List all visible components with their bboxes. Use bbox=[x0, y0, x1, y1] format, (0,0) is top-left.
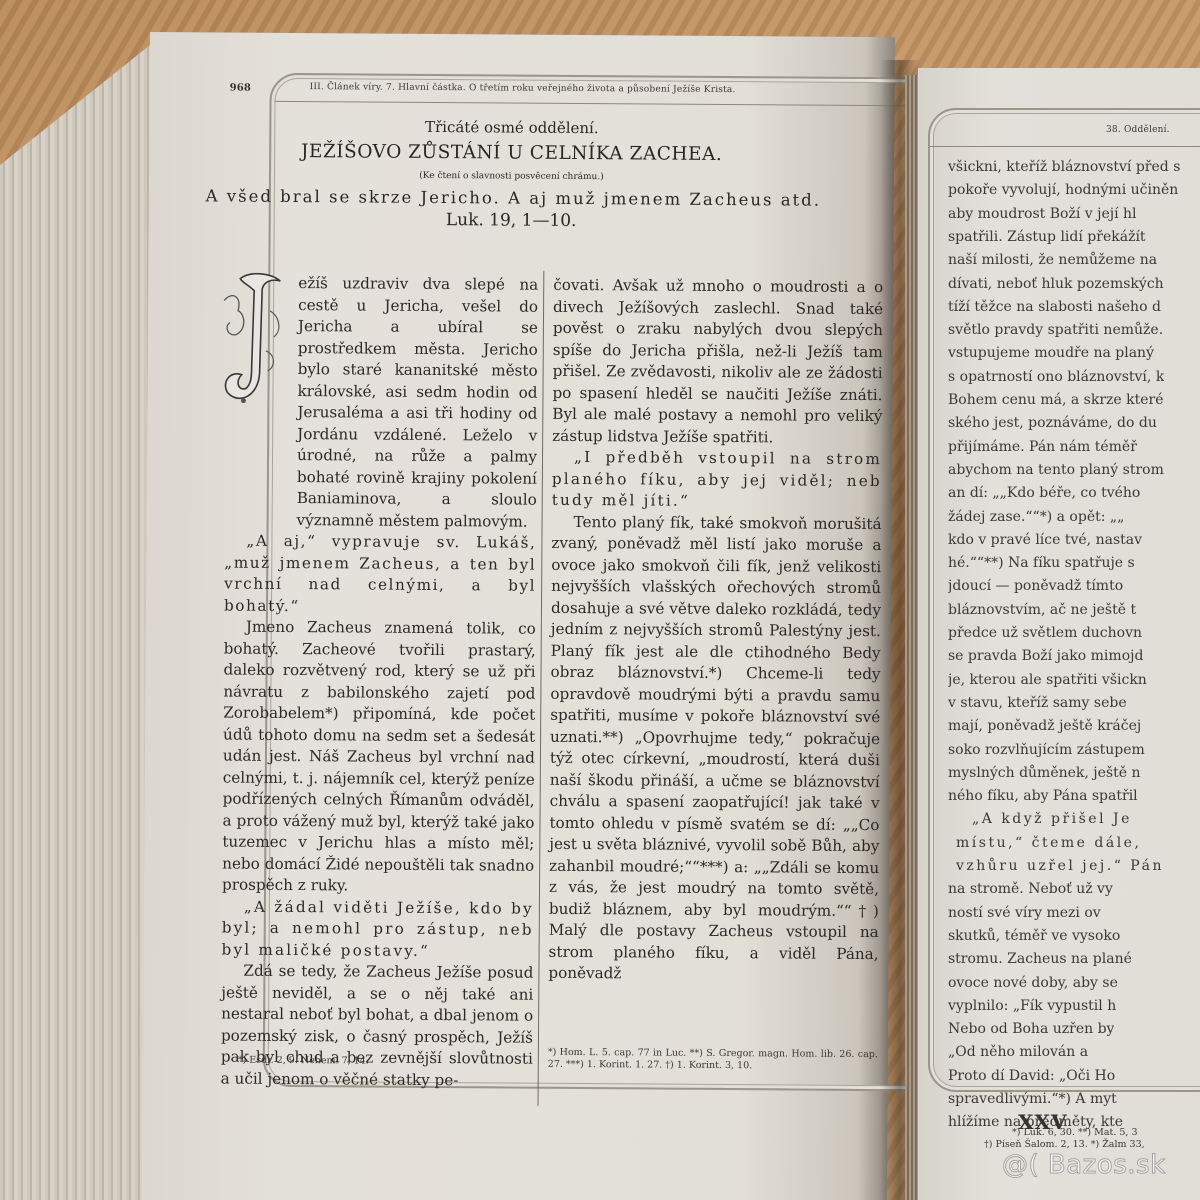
text-line: pokoře vyvolují, hodnými učiněn bbox=[948, 179, 1178, 202]
running-header: 38. Oddělení. bbox=[1106, 125, 1170, 135]
text-line: ovoce nové doby, aby se bbox=[948, 972, 1118, 995]
header-rule bbox=[930, 146, 1200, 147]
text-line: v stavu, kteříž samy sebe bbox=[948, 692, 1127, 715]
text-line: stromu. Zacheus na plané bbox=[948, 948, 1132, 971]
text-line: myslných důměnek, ještě n bbox=[948, 762, 1141, 785]
text-line: abychom na tento planý strom bbox=[948, 459, 1164, 482]
text-line: soko rozvlňujícím zástupem bbox=[948, 739, 1145, 762]
text-line: „A když přišel Je bbox=[972, 808, 1132, 831]
text-line: místu,“ čteme dále, bbox=[956, 832, 1141, 855]
text-line: Bohem cenu má, a skrze které bbox=[948, 389, 1164, 412]
paragraph-quote: „A aj,“ vypravuje sv. Lukáš, „muž jmenem… bbox=[224, 531, 537, 619]
text-line: Nebo od Boha uzřen by bbox=[948, 1018, 1114, 1041]
left-page: 968 III. Článek víry. 7. Hlavní částka. … bbox=[142, 32, 895, 1200]
text-line: vzhůru uzřel jej.“ Pán bbox=[956, 855, 1164, 878]
paragraph: čovati. Avšak už mnoho o moudrosti a o d… bbox=[552, 275, 883, 449]
section-label: Třicáté osmé oddělení. bbox=[139, 116, 884, 139]
text-line: ného fíku, aby Pána spatřil bbox=[948, 785, 1138, 808]
text-line: jdoucí — poněvadž tímto bbox=[948, 575, 1123, 598]
footnote-right-column: *) Hom. L. 5. cap. 77 in Luc. **) S. Gre… bbox=[548, 1047, 878, 1073]
text-line: žádej zase.““*) a opět: „„ bbox=[948, 506, 1124, 529]
text-line: je, kterou ale spatřiti všickn bbox=[948, 669, 1147, 692]
text-line: přijímáme. Pán nám téměř bbox=[948, 436, 1137, 459]
text-line: ského jest, poznáváme, do du bbox=[948, 412, 1157, 435]
text-line: předce už světlem duchovn bbox=[948, 622, 1142, 645]
text-line: aby moudrost Boží v její hl bbox=[948, 203, 1137, 226]
paragraph: Zdá se tedy, že Zacheus Ježíše posud ješ… bbox=[221, 961, 534, 1092]
right-page: 38. Oddělení. všickni, kteříž bláznovstv… bbox=[918, 68, 1200, 1200]
text-line: Proto dí David: „Oči Ho bbox=[948, 1065, 1115, 1088]
paragraph: Jmeno Zacheus znamená tolik, co bohatý. … bbox=[222, 617, 536, 899]
text-line: s opatrností ono bláznovství, k bbox=[948, 366, 1164, 389]
text-line: se pravda Boží jako mimojd bbox=[948, 645, 1143, 668]
text-line: an dí: „„Kdo béře, co tvého bbox=[948, 482, 1140, 505]
epigraph: A všed bral se skrze Jericho. A aj muž j… bbox=[141, 186, 886, 210]
text-line: skutků, téměř ve vysoko bbox=[948, 925, 1120, 948]
text-line: světlo pravdy spatřiti nemůže. bbox=[948, 319, 1163, 342]
footnote-left-column: *) Esdr. 2, 9. Nehem. 7, 14. bbox=[238, 1055, 369, 1068]
text-line: mají, poněvadž ještě kráčej bbox=[948, 715, 1141, 738]
bazos-watermark: @( Bazos.sk bbox=[1002, 1150, 1166, 1180]
text-line: „Od něho milován a bbox=[948, 1041, 1088, 1064]
text-line: všickni, kteříž bláznovství před s bbox=[948, 156, 1180, 179]
paragraph-quote: „I předběh vstoupil na strom planého fík… bbox=[552, 447, 882, 514]
paragraph-quote: „A žádal viděti Ježíše, kdo by byl; a ne… bbox=[222, 896, 534, 963]
text-column-left-body: ežíš uzdraviv dva slepé na cestě u Jeric… bbox=[221, 273, 539, 1092]
epigraph-reference: Luk. 19, 1—10. bbox=[139, 208, 884, 233]
page-number: 968 bbox=[230, 83, 252, 94]
signature-mark: XXV bbox=[1018, 1110, 1068, 1134]
text-line: na stromě. Neboť už vy bbox=[948, 878, 1113, 901]
text-line: spravedlivými.“*) A myt bbox=[948, 1088, 1117, 1111]
chapter-title: JEŽÍŠOVO ZŮSTÁNÍ U CELNÍKA ZACHEA. bbox=[139, 140, 884, 166]
text-line: vyplnilo: „Fík vypustil h bbox=[948, 995, 1116, 1018]
text-line: spatřili. Zástup lidí překážít bbox=[948, 226, 1146, 249]
text-line: dívati, neboť hluk pozemských bbox=[948, 273, 1164, 296]
text-line: ností své víry mezi ov bbox=[948, 902, 1101, 925]
text-line: kdo v pravé líce tvé, nastav bbox=[948, 529, 1142, 552]
text-line: tíží těžce na slabosti našeho d bbox=[948, 296, 1161, 319]
text-line: hé.““**) Na fíku spatřuje s bbox=[948, 552, 1135, 575]
text-column-right: čovati. Avšak už mnoho o moudrosti a o d… bbox=[548, 275, 883, 987]
paragraph: Tento planý fík, také smokvoň morušitá z… bbox=[548, 511, 881, 986]
text-line: bláznovstvím, ač ne ještě t bbox=[948, 599, 1136, 622]
text-line: naší milosti, že nemůžeme na bbox=[948, 249, 1157, 272]
paragraph: ežíš uzdraviv dva slepé na cestě u Jeric… bbox=[297, 273, 539, 533]
text-line: vstupujeme moudře na planý bbox=[948, 342, 1154, 365]
